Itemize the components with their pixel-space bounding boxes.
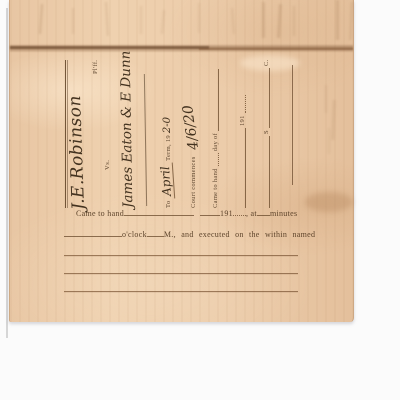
aged-court-form-paper: J.E.Robinson Pl'ff. Vs. James Eaton & E … [9,0,354,322]
plaintiff-abbrev-label: Pl'ff. [92,60,99,74]
term-month-handwriting: April [158,162,175,199]
ink-bleed-mark [262,2,265,38]
return-rule-line [64,291,298,292]
court-commences-label: Court commences [190,156,197,208]
defendant-handwriting: James Eaton & E Dunn [118,51,137,209]
return-came-to-hand-label: Came to hand [76,209,124,218]
blank-rule-line [292,65,293,185]
term-year-handwriting: 2-0 [162,117,173,133]
return-year-label: 191 [220,209,233,218]
return-line-1: Came to hand 191 , at minutes [76,206,297,218]
ink-bleed-mark [198,3,200,33]
ink-bleed-mark [293,6,295,36]
versus-label: Vs. [104,160,111,170]
ink-bleed-mark [325,85,327,113]
blank-line [257,206,270,216]
rotated-form: J.E.Robinson Pl'ff. Vs. James Eaton & E … [59,52,299,210]
year-printed-label: 191 [239,115,246,126]
c-label: C. [263,60,270,67]
return-line-2: o'clock M., and executed on the within n… [64,227,315,239]
return-rule-line [64,255,298,256]
ink-bleed-mark [72,8,74,34]
fold-crease-core [10,46,209,49]
blank-line [238,128,246,208]
return-minutes-label: minutes [270,209,297,218]
blank-line [233,206,246,216]
defendant-underline-flourish [144,74,147,206]
s-label: S [263,130,270,134]
court-commences-date-handwriting: 4/6/20 [180,104,202,151]
blank-line [238,95,246,113]
fold-crease-right [199,48,353,50]
paper-wrinkle-stain [305,192,353,212]
ink-bleed-mark [328,128,330,154]
term-printed-label: Term, 19 [165,135,172,161]
ink-bleed-mark [140,6,142,34]
blank-line [211,69,219,131]
scanned-document-scene: J.E.Robinson Pl'ff. Vs. James Eaton & E … [0,0,400,400]
blank-line [200,206,220,216]
blank-line [64,227,122,237]
blank-line [211,153,219,166]
blank-line [262,68,270,128]
return-at-label: , at [246,209,257,218]
day-of-label: day of [212,133,219,151]
blank-line [147,227,164,237]
plaintiff-signature-handwriting: J.E.Robinson [65,95,89,211]
return-rule-line [64,273,298,274]
return-executed-label: M., and executed on the within named [164,230,315,239]
rotated-form-content: J.E.Robinson Pl'ff. Vs. James Eaton & E … [59,52,299,210]
ink-bleed-mark [336,0,339,40]
blank-line [262,136,270,208]
came-to-hand-label: Came to hand [212,168,219,208]
scanner-edge-line [6,8,8,338]
blank-line [124,206,194,216]
return-oclock-label: o'clock [122,230,147,239]
